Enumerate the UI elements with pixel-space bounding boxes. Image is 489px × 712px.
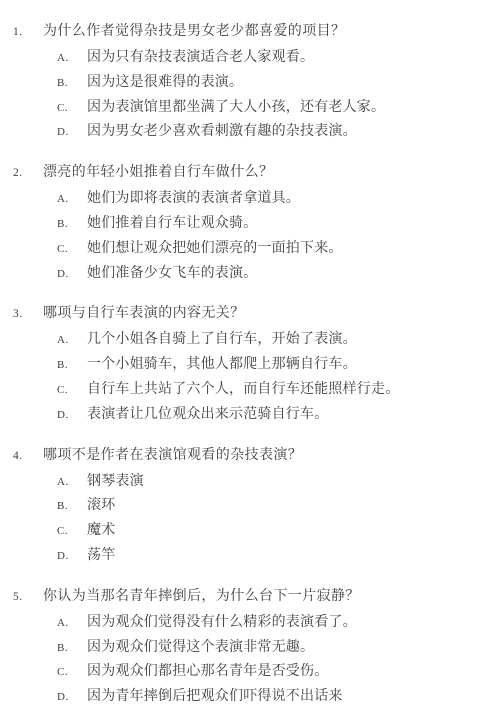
option-label: A. — [57, 611, 87, 636]
option-row-c: C. 因为表演馆里都坐满了大人小孩，还有老人家。 — [13, 96, 481, 121]
question-number: 4. — [13, 444, 43, 469]
question-text: 为什么作者觉得杂技是男女老少都喜爱的项目？ — [43, 19, 345, 44]
option-label: C. — [57, 237, 87, 262]
option-text: 因为男女老少喜欢看刺激有趣的杂技表演。 — [87, 120, 357, 145]
option-text: 她们推着自行车让观众骑。 — [87, 212, 257, 237]
question-number: 1. — [13, 20, 43, 45]
option-row-a: A. 因为观众们觉得没有什么精彩的表演看了。 — [13, 611, 481, 636]
question-number: 5. — [13, 585, 43, 610]
option-text: 表演者让几位观众出来示范骑自行车。 — [87, 403, 328, 428]
option-text: 因为表演馆里都坐满了大人小孩，还有老人家。 — [87, 96, 385, 121]
option-row-b: B. 滚环 — [13, 494, 481, 519]
option-label: A. — [57, 328, 87, 353]
option-label: B. — [57, 212, 87, 237]
question-row: 1. 为什么作者觉得杂技是男女老少都喜爱的项目？ — [13, 19, 481, 45]
option-row-c: C. 因为观众们都担心那名青年是否受伤。 — [13, 660, 481, 685]
question-block-1: 1. 为什么作者觉得杂技是男女老少都喜爱的项目？ A. 因为只有杂技表演适合老人… — [13, 19, 481, 145]
option-text: 钢琴表演 — [87, 470, 144, 495]
option-text: 因为观众们觉得没有什么精彩的表演看了。 — [87, 611, 357, 636]
option-text: 自行车上共站了六个人，而自行车还能照样行走。 — [87, 378, 399, 403]
option-label: C. — [57, 96, 87, 121]
quiz-page: 1. 为什么作者觉得杂技是男女老少都喜爱的项目？ A. 因为只有杂技表演适合老人… — [0, 0, 489, 712]
question-block-4: 4. 哪项不是作者在表演馆观看的杂技表演？ A. 钢琴表演 B. 滚环 C. 魔… — [13, 443, 481, 569]
option-row-a: A. 她们为即将表演的表演者拿道具。 — [13, 187, 481, 212]
option-label: A. — [57, 187, 87, 212]
question-block-3: 3. 哪项与自行车表演的内容无关？ A. 几个小姐各自骑上了自行车，开始了表演。… — [13, 301, 481, 427]
option-label: A. — [57, 470, 87, 495]
option-row-b: B. 一个小姐骑车，其他人都爬上那辆自行车。 — [13, 353, 481, 378]
option-label: B. — [57, 353, 87, 378]
option-label: D. — [57, 403, 87, 428]
question-number: 2. — [13, 161, 43, 186]
option-label: C. — [57, 378, 87, 403]
option-row-a: A. 钢琴表演 — [13, 470, 481, 495]
option-text: 因为只有杂技表演适合老人家观看。 — [87, 46, 314, 71]
question-block-5: 5. 你认为当那名青年摔倒后，为什么台下一片寂静？ A. 因为观众们觉得没有什么… — [13, 584, 481, 710]
option-text: 一个小姐骑车，其他人都爬上那辆自行车。 — [87, 353, 357, 378]
option-row-c: C. 自行车上共站了六个人，而自行车还能照样行走。 — [13, 378, 481, 403]
option-label: A. — [57, 46, 87, 71]
option-row-d: D. 表演者让几位观众出来示范骑自行车。 — [13, 403, 481, 428]
question-text: 漂亮的年轻小姐推着自行车做什么？ — [43, 160, 273, 185]
option-text: 滚环 — [87, 494, 115, 519]
question-number: 3. — [13, 302, 43, 327]
option-text: 因为这是很难得的表演。 — [87, 71, 243, 96]
question-text: 哪项与自行车表演的内容无关？ — [43, 301, 245, 326]
option-text: 她们想让观众把她们漂亮的一面拍下来。 — [87, 237, 343, 262]
option-label: D. — [57, 262, 87, 287]
option-text: 她们为即将表演的表演者拿道具。 — [87, 187, 300, 212]
option-text: 荡竿 — [87, 544, 115, 569]
option-row-c: C. 她们想让观众把她们漂亮的一面拍下来。 — [13, 237, 481, 262]
question-row: 4. 哪项不是作者在表演馆观看的杂技表演？ — [13, 443, 481, 469]
option-text: 她们准备少女飞车的表演。 — [87, 262, 257, 287]
option-label: D. — [57, 685, 87, 710]
option-text: 几个小姐各自骑上了自行车，开始了表演。 — [87, 328, 357, 353]
option-label: B. — [57, 494, 87, 519]
option-label: C. — [57, 519, 87, 544]
option-text: 因为青年摔倒后把观众们吓得说不出话来 — [87, 685, 343, 710]
option-label: D. — [57, 544, 87, 569]
option-row-b: B. 因为这是很难得的表演。 — [13, 71, 481, 96]
question-row: 2. 漂亮的年轻小姐推着自行车做什么？ — [13, 160, 481, 186]
option-text: 因为观众们都担心那名青年是否受伤。 — [87, 660, 328, 685]
option-row-d: D. 她们准备少女飞车的表演。 — [13, 262, 481, 287]
question-block-2: 2. 漂亮的年轻小姐推着自行车做什么？ A. 她们为即将表演的表演者拿道具。 B… — [13, 160, 481, 286]
question-text: 你认为当那名青年摔倒后，为什么台下一片寂静？ — [43, 584, 360, 609]
option-label: B. — [57, 71, 87, 96]
option-row-c: C. 魔术 — [13, 519, 481, 544]
option-label: B. — [57, 636, 87, 661]
question-row: 5. 你认为当那名青年摔倒后，为什么台下一片寂静？ — [13, 584, 481, 610]
option-label: D. — [57, 120, 87, 145]
question-text: 哪项不是作者在表演馆观看的杂技表演？ — [43, 443, 302, 468]
option-row-a: A. 几个小姐各自骑上了自行车，开始了表演。 — [13, 328, 481, 353]
option-label: C. — [57, 660, 87, 685]
question-row: 3. 哪项与自行车表演的内容无关？ — [13, 301, 481, 327]
option-row-d: D. 因为男女老少喜欢看刺激有趣的杂技表演。 — [13, 120, 481, 145]
option-row-b: B. 她们推着自行车让观众骑。 — [13, 212, 481, 237]
option-row-a: A. 因为只有杂技表演适合老人家观看。 — [13, 46, 481, 71]
option-row-d: D. 因为青年摔倒后把观众们吓得说不出话来 — [13, 685, 481, 710]
option-row-b: B. 因为观众们觉得这个表演非常无趣。 — [13, 636, 481, 661]
option-text: 魔术 — [87, 519, 115, 544]
option-text: 因为观众们觉得这个表演非常无趣。 — [87, 636, 314, 661]
option-row-d: D. 荡竿 — [13, 544, 481, 569]
